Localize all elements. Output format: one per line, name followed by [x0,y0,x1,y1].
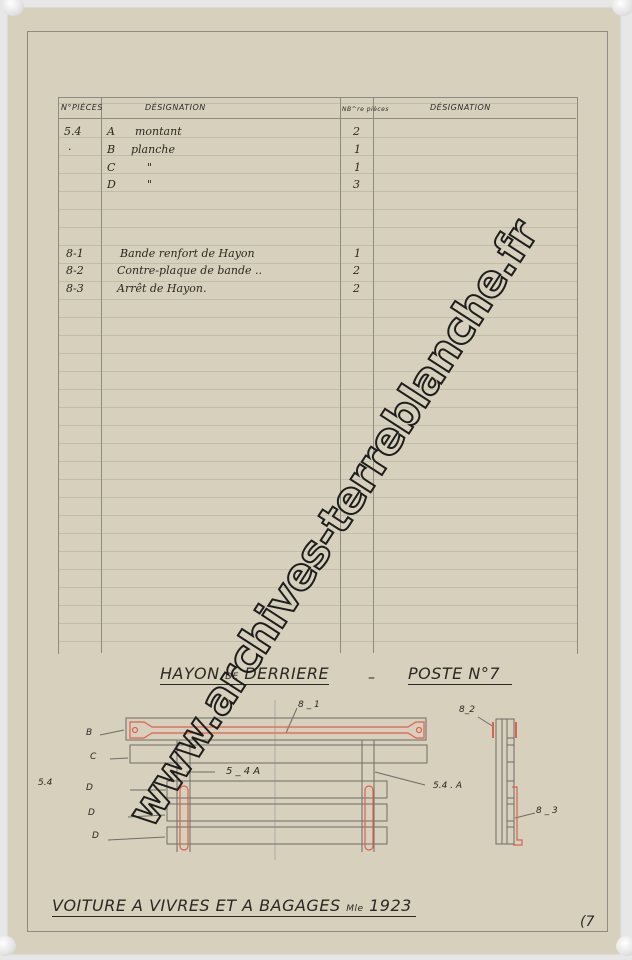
footer-year: 1923 [369,896,412,915]
label-5-4-a: 5 _ 4 A [226,766,260,777]
footer-title: VOITURE A VIVRES ET A BAGAGES Mle 1923 [52,896,416,917]
label-b: B [86,728,92,738]
footer-model-prefix: Mle [346,904,363,914]
sheet-number: (7 [580,914,594,930]
label-5-4-a-right: 5.4 . A [433,781,462,791]
label-c: C [90,752,96,762]
label-d: D [88,808,95,818]
label-8-2: 8_2 [459,705,475,715]
label-d: D [92,831,99,841]
footer-title-text: VOITURE A VIVRES ET A BAGAGES [52,896,341,915]
label-d: D [86,783,93,793]
label-8-3: 8 _ 3 [536,806,558,816]
label-5-4-left: 5.4 [38,778,52,788]
label-8-1: 8 _ 1 [298,700,320,710]
